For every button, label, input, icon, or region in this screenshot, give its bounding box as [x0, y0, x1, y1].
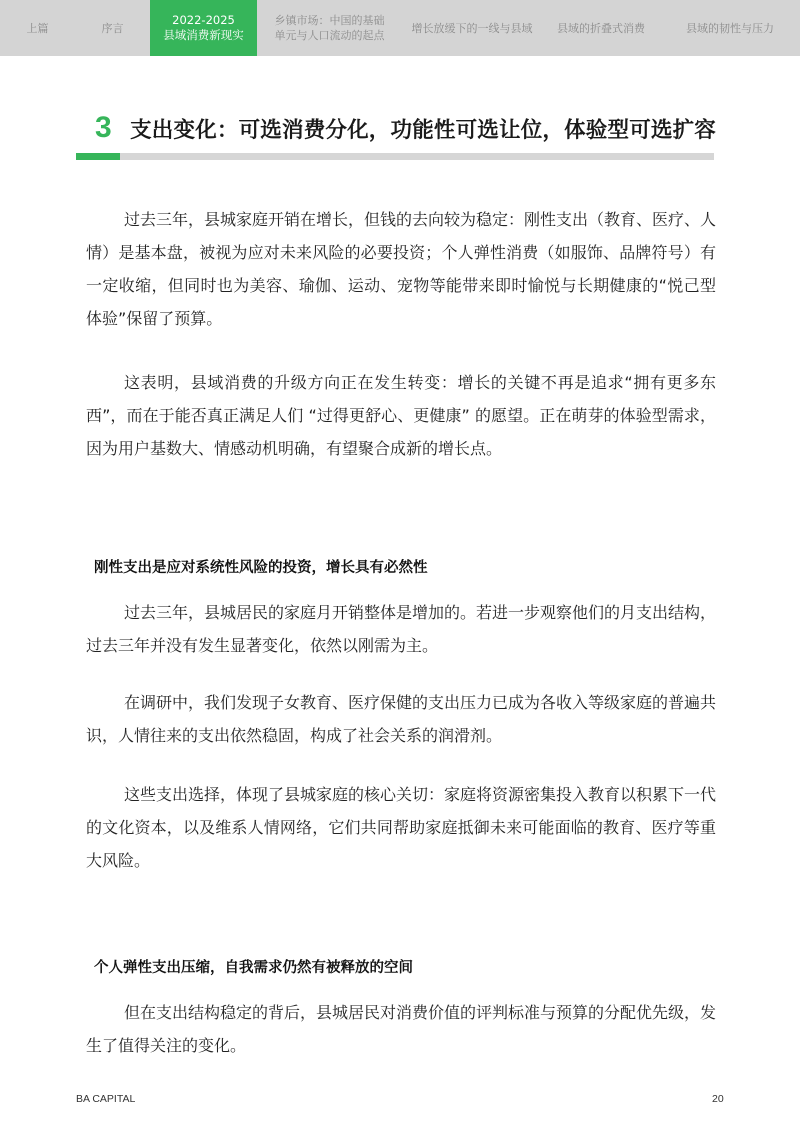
nav-tab-label-line1: 2022-2025 — [172, 13, 235, 28]
nav-tab-preface[interactable]: 序言 — [75, 0, 150, 56]
rigid-spending-paragraph-2: 在调研中，我们发现子女教育、医疗保健的支出压力已成为各收入等级家庭的普遍共识，人… — [86, 686, 716, 752]
section-title: 支出变化：可选消费分化，功能性可选让位，体验型可选扩容 — [130, 113, 716, 144]
nav-tab-folded-consumption[interactable]: 县域的折叠式消费 — [542, 0, 660, 56]
elastic-spending-paragraph-1: 但在支出结构稳定的背后，县城居民对消费价值的评判标准与预算的分配优先级，发生了值… — [86, 996, 716, 1062]
nav-tab-label: 增长放缓下的一线与县域 — [412, 21, 533, 36]
nav-tab-label: 上篇 — [27, 21, 49, 36]
section-number: 3 — [76, 111, 116, 145]
nav-tab-label-line2: 县域消费新现实 — [163, 28, 244, 43]
nav-tab-resilience-pressure[interactable]: 县域的韧性与压力 — [660, 0, 800, 56]
rigid-spending-paragraph-1: 过去三年，县城居民的家庭月开销整体是增加的。若进一步观察他们的月支出结构，过去三… — [86, 596, 716, 662]
rigid-spending-paragraph-3: 这些支出选择，体现了县城家庭的核心关切：家庭将资源密集投入教育以积累下一代的文化… — [86, 778, 716, 877]
subsection-heading-rigid-spending: 刚性支出是应对系统性风险的投资，增长具有必然性 — [94, 556, 428, 577]
section-divider — [76, 153, 714, 160]
nav-tab-county-consumption-reality[interactable]: 2022-2025 县域消费新现实 — [150, 0, 257, 56]
page-number: 20 — [712, 1093, 724, 1105]
nav-tab-label: 县域的折叠式消费 — [557, 21, 645, 36]
chapter-nav: 上篇 序言 2022-2025 县域消费新现实 乡镇市场：中国的基础 单元与人口… — [0, 0, 800, 56]
intro-paragraph-1: 过去三年，县城家庭开销在增长，但钱的去向较为稳定：刚性支出（教育、医疗、人情）是… — [86, 203, 716, 335]
footer-brand: BA CAPITAL — [76, 1093, 135, 1105]
nav-tab-label: 县域的韧性与压力 — [686, 21, 774, 36]
nav-tab-township-market[interactable]: 乡镇市场：中国的基础 单元与人口流动的起点 — [257, 0, 402, 56]
nav-tab-tier1-vs-county[interactable]: 增长放缓下的一线与县域 — [402, 0, 542, 56]
nav-tab-part-one[interactable]: 上篇 — [0, 0, 75, 56]
section-heading: 3 支出变化：可选消费分化，功能性可选让位，体验型可选扩容 — [76, 108, 716, 148]
nav-tab-label: 序言 — [102, 21, 124, 36]
section-divider-accent — [76, 153, 120, 160]
intro-paragraph-2: 这表明，县域消费的升级方向正在发生转变：增长的关键不再是追求“拥有更多东西”，而… — [86, 366, 716, 465]
nav-tab-label-line1: 乡镇市场：中国的基础 — [275, 13, 385, 28]
subsection-heading-elastic-spending: 个人弹性支出压缩，自我需求仍然有被释放的空间 — [94, 956, 413, 977]
nav-tab-label-line2: 单元与人口流动的起点 — [275, 28, 385, 43]
